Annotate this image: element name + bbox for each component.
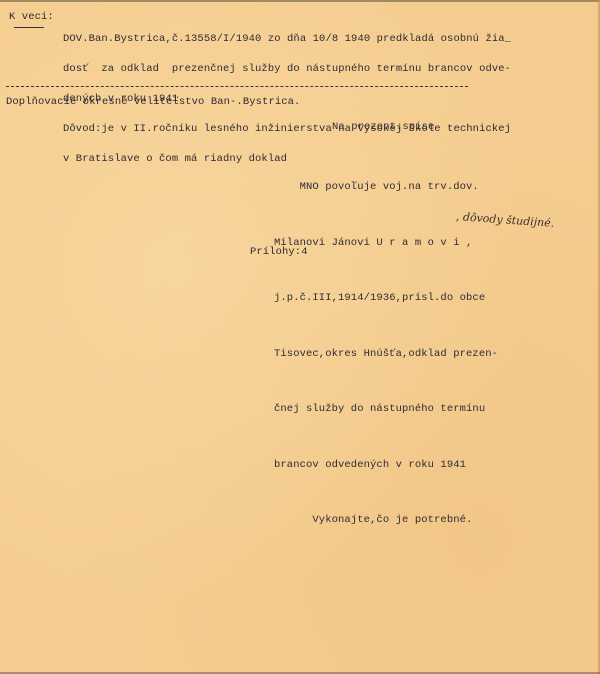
body-line: j.p.č.III,1914/1936,prísl.do obce bbox=[274, 289, 498, 308]
attachments-count: Prílohy:4 bbox=[250, 247, 308, 257]
body-line: MNO povoľuje voj.na trv.dov. bbox=[274, 178, 498, 197]
subject-label: K veci: bbox=[9, 12, 54, 22]
subject-line: dosť za odklad prezenčnej služby do nást… bbox=[63, 64, 511, 74]
body-line: Vykonajte,čo je potrebné. bbox=[274, 511, 498, 530]
subject-line: DOV.Ban.Bystrica,č.13558/I/1940 zo dňa 1… bbox=[63, 34, 511, 44]
reference-note: Na prezent.spise bbox=[332, 122, 434, 132]
body-line: Tisovec,okres Hnúšťa,odklad prezen- bbox=[274, 345, 498, 364]
subject-underline bbox=[14, 27, 44, 28]
body-line: čnej služby do nástupného termínu bbox=[274, 400, 498, 419]
divider-line bbox=[6, 86, 468, 87]
recipient: Doplňovacie okresné veliteľstvo Ban-.Bys… bbox=[6, 97, 300, 107]
body-block: MNO povoľuje voj.na trv.dov. Milanovi Já… bbox=[274, 141, 498, 548]
top-edge bbox=[0, 0, 600, 2]
body-line: brancov odvedených v roku 1941 bbox=[274, 456, 498, 475]
subject-line: Dôvod:je v II.ročníku lesného inžinierst… bbox=[63, 124, 511, 134]
